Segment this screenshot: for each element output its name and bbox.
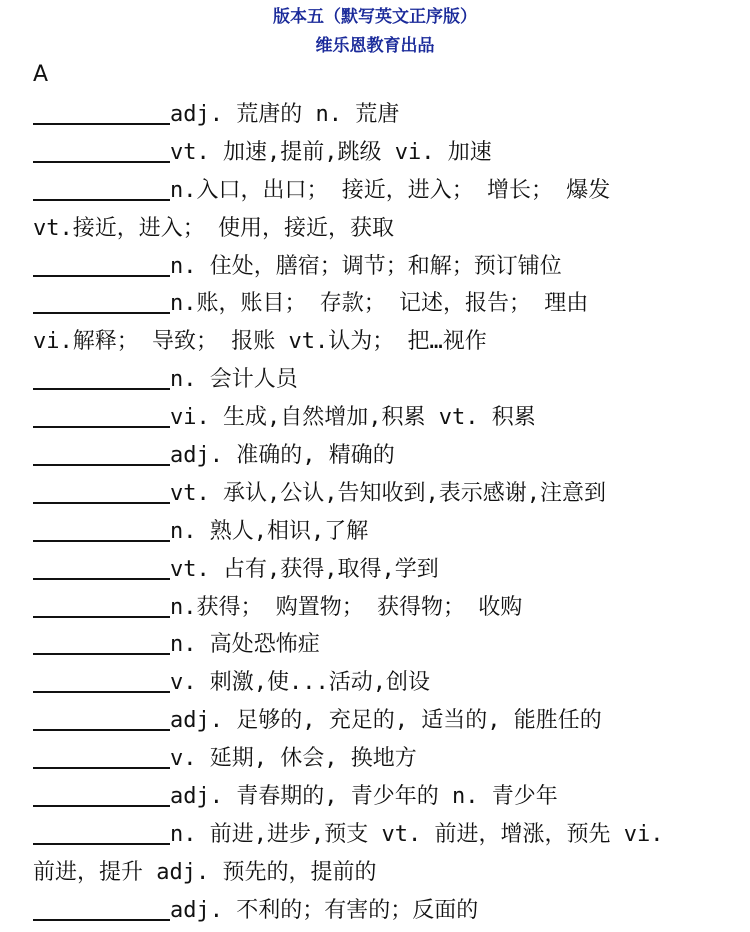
vocab-entry: vi. 生成,自然增加,积累 vt. 积累 <box>0 399 750 437</box>
definition: vi. 生成,自然增加,积累 vt. 积累 <box>170 405 536 430</box>
answer-blank[interactable] <box>33 288 170 314</box>
definition: adj. 足够的, 充足的, 适当的, 能胜任的 <box>170 708 602 733</box>
vocab-entry: adj. 荒唐的 n. 荒唐 <box>0 96 750 134</box>
answer-blank[interactable] <box>33 402 170 428</box>
definition: vt. 加速,提前,跳级 vi. 加速 <box>170 140 492 165</box>
answer-blank[interactable] <box>33 819 170 845</box>
answer-blank[interactable] <box>33 99 170 125</box>
vocab-entry-continuation: vi.解释； 导致； 报账 vt.认为； 把…视作 <box>0 323 750 361</box>
answer-blank[interactable] <box>33 251 170 277</box>
vocab-entry: n. 会计人员 <box>0 361 750 399</box>
answer-blank[interactable] <box>33 895 170 921</box>
vocab-entry: n. 住处，膳宿；调节；和解；预订铺位 <box>0 248 750 286</box>
vocabulary-list: adj. 荒唐的 n. 荒唐 vt. 加速,提前,跳级 vi. 加速 n.入口，… <box>0 96 750 930</box>
vocab-entry: adj. 不利的；有害的；反面的 <box>0 892 750 930</box>
definition: n.获得； 购置物； 获得物； 收购 <box>170 595 522 620</box>
section-letter: A <box>33 62 48 87</box>
definition: vt. 承认,公认,告知收到,表示感谢,注意到 <box>170 481 606 506</box>
vocab-entry: vt. 占有,获得,取得,学到 <box>0 551 750 589</box>
vocab-entry: n. 高处恐怖症 <box>0 626 750 664</box>
answer-blank[interactable] <box>33 516 170 542</box>
definition: n.账，账目； 存款； 记述，报告； 理由 <box>170 291 588 316</box>
vocab-entry: vt. 加速,提前,跳级 vi. 加速 <box>0 134 750 172</box>
vocab-entry: adj. 足够的, 充足的, 适当的, 能胜任的 <box>0 702 750 740</box>
vocab-entry: vt. 承认,公认,告知收到,表示感谢,注意到 <box>0 475 750 513</box>
answer-blank[interactable] <box>33 440 170 466</box>
vocab-entry: v. 刺激,使...活动,创设 <box>0 664 750 702</box>
answer-blank[interactable] <box>33 705 170 731</box>
vocab-entry: n. 熟人,相识,了解 <box>0 513 750 551</box>
answer-blank[interactable] <box>33 478 170 504</box>
answer-blank[interactable] <box>33 743 170 769</box>
vocab-entry: adj. 准确的, 精确的 <box>0 437 750 475</box>
definition: adj. 荒唐的 n. 荒唐 <box>170 102 399 127</box>
definition: n. 高处恐怖症 <box>170 632 320 657</box>
vocab-entry: n.账，账目； 存款； 记述，报告； 理由 <box>0 285 750 323</box>
vocab-entry: n.入口，出口； 接近，进入； 增长； 爆发 <box>0 172 750 210</box>
definition: v. 延期, 休会, 换地方 <box>170 746 417 771</box>
definition: adj. 不利的；有害的；反面的 <box>170 898 478 923</box>
answer-blank[interactable] <box>33 592 170 618</box>
answer-blank[interactable] <box>33 364 170 390</box>
answer-blank[interactable] <box>33 781 170 807</box>
definition: 前进，提升 adj. 预先的，提前的 <box>33 860 376 885</box>
vocab-entry-continuation: vt.接近，进入； 使用，接近，获取 <box>0 210 750 248</box>
document-title: 版本五（默写英文正序版） <box>0 2 750 27</box>
definition: n. 会计人员 <box>170 367 298 392</box>
definition: vt.接近，进入； 使用，接近，获取 <box>33 216 394 241</box>
definition: n. 熟人,相识,了解 <box>170 519 368 544</box>
answer-blank[interactable] <box>33 629 170 655</box>
document-subtitle: 维乐恩教育出品 <box>0 31 750 56</box>
definition: vi.解释； 导致； 报账 vt.认为； 把…视作 <box>33 329 487 354</box>
answer-blank[interactable] <box>33 175 170 201</box>
definition: v. 刺激,使...活动,创设 <box>170 670 430 695</box>
definition: vt. 占有,获得,取得,学到 <box>170 557 439 582</box>
definition: adj. 准确的, 精确的 <box>170 443 395 468</box>
definition: adj. 青春期的, 青少年的 n. 青少年 <box>170 784 558 809</box>
definition: n. 前进,进步,预支 vt. 前进，增涨，预先 vi. <box>170 822 663 847</box>
answer-blank[interactable] <box>33 667 170 693</box>
vocab-entry-continuation: 前进，提升 adj. 预先的，提前的 <box>0 854 750 892</box>
answer-blank[interactable] <box>33 137 170 163</box>
definition: n.入口，出口； 接近，进入； 增长； 爆发 <box>170 178 610 203</box>
definition: n. 住处，膳宿；调节；和解；预订铺位 <box>170 254 562 279</box>
answer-blank[interactable] <box>33 554 170 580</box>
vocab-entry: adj. 青春期的, 青少年的 n. 青少年 <box>0 778 750 816</box>
vocab-entry: v. 延期, 休会, 换地方 <box>0 740 750 778</box>
vocab-entry: n.获得； 购置物； 获得物； 收购 <box>0 589 750 627</box>
vocab-entry: n. 前进,进步,预支 vt. 前进，增涨，预先 vi. <box>0 816 750 854</box>
